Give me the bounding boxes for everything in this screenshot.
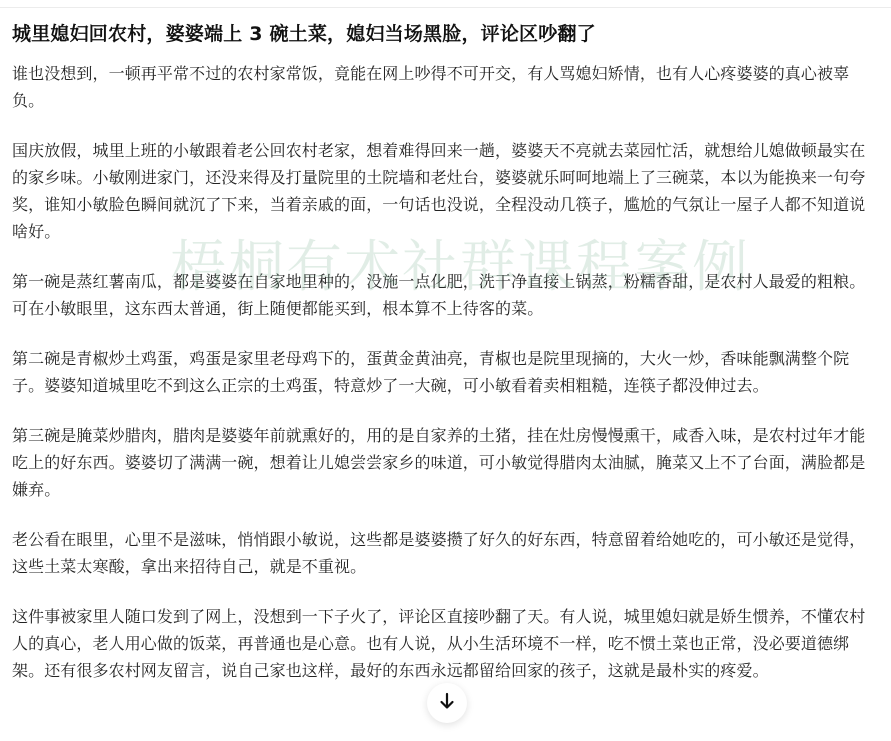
article-title: 城里媳妇回农村，婆婆端上 3 碗土菜，媳妇当场黑脸，评论区吵翻了 bbox=[12, 18, 878, 50]
article-paragraph-7: 这件事被家里人随口发到了网上，没想到一下子火了，评论区直接吵翻了天。有人说，城里… bbox=[12, 603, 878, 684]
article-paragraph-6: 老公看在眼里，心里不是滋味，悄悄跟小敏说，这些都是婆婆攒了好久的好东西，特意留着… bbox=[12, 526, 878, 580]
scroll-down-button[interactable] bbox=[427, 683, 467, 723]
article-paragraph-4: 第二碗是青椒炒土鸡蛋，鸡蛋是家里老母鸡下的，蛋黄金黄油亮，青椒也是院里现摘的，大… bbox=[12, 345, 878, 399]
arrow-down-icon bbox=[438, 692, 456, 714]
article-paragraph-2: 国庆放假，城里上班的小敏跟着老公回农村老家，想着难得回来一趟，婆婆天不亮就去菜园… bbox=[12, 137, 878, 245]
article-paragraph-3: 第一碗是蒸红薯南瓜，都是婆婆在自家地里种的，没施一点化肥，洗干净直接上锅蒸，粉糯… bbox=[12, 268, 878, 322]
article-paragraph-5: 第三碗是腌菜炒腊肉，腊肉是婆婆年前就熏好的，用的是自家养的土猪，挂在灶房慢慢熏干… bbox=[12, 422, 878, 503]
top-divider bbox=[0, 7, 891, 8]
article-paragraph-1: 谁也没想到，一顿再平常不过的农村家常饭，竟能在网上吵得不可开交，有人骂媳妇矫情，… bbox=[12, 60, 878, 114]
article: 城里媳妇回农村，婆婆端上 3 碗土菜，媳妇当场黑脸，评论区吵翻了 谁也没想到，一… bbox=[12, 18, 878, 707]
